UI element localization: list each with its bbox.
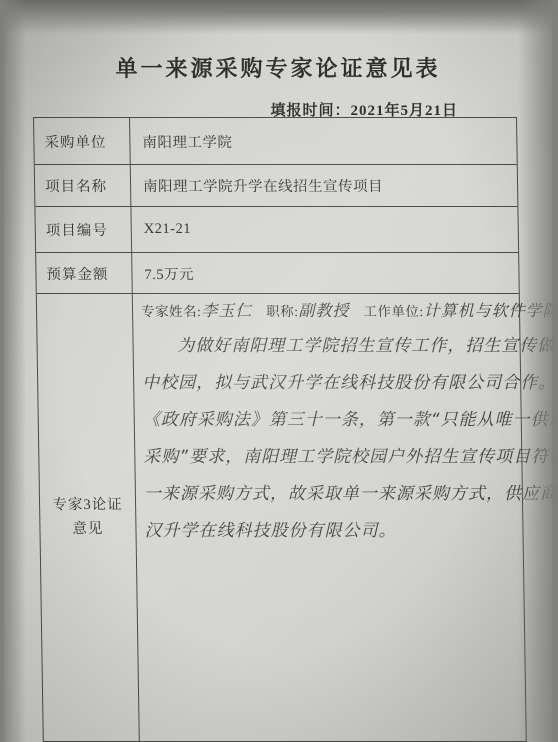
row-label-project-number: 项目编号 [35, 207, 132, 252]
row-value-project-name: 南阳理工学院升学在线招生宣传项目 [131, 165, 518, 206]
opinion-line: 汉升学在线科技股份有限公司。 [144, 513, 558, 550]
opinion-line: 采购”要求，南阳理工学院校园户外招生宣传项目符合单 [143, 439, 558, 476]
opinion-line: 为做好南阳理工学院招生宣传工作，招生宣传做到高 [141, 328, 558, 365]
photographed-document: { "doc": { "title": "单一来源采购专家论证意见表", "fi… [0, 0, 558, 742]
expert-identity-line: 专家姓名:李玉仁 职称:副教授 工作单位:计算机与软件学院 [141, 298, 558, 321]
row-label-purchasing-unit: 采购单位 [34, 118, 131, 164]
page-title: 单一来源采购专家论证意见表 [4, 52, 552, 83]
table-row: 采购单位 南阳理工学院 [34, 118, 517, 164]
expert-unit-label: 工作单位: [363, 304, 424, 319]
table-row: 预算金额 7.5万元 [36, 252, 519, 293]
row-label-project-name: 项目名称 [35, 165, 132, 206]
opinion-form-table: 采购单位 南阳理工学院 项目名称 南阳理工学院升学在线招生宣传项目 项目编号 X… [33, 117, 527, 742]
expert-unit-handwritten: 计算机与软件学院 [423, 301, 558, 320]
expert-title-handwritten: 副教授 [298, 301, 349, 320]
table-row: 项目编号 X21-21 [35, 206, 518, 252]
row-value-project-number: X21-21 [131, 207, 518, 252]
row-label-expert3-opinion: 专家3论证意见 [37, 294, 140, 741]
expert-name-label: 专家姓名: [141, 304, 202, 319]
table-row-expert-opinion: 专家3论证意见 专家姓名:李玉仁 职称:副教授 工作单位:计算机与软件学院 为做… [37, 293, 526, 741]
opinion-handwritten-text: 为做好南阳理工学院招生宣传工作，招生宣传做到高 中校园，拟与武汉升学在线科技股份… [141, 328, 558, 550]
row-value-purchasing-unit: 南阳理工学院 [130, 118, 517, 164]
expert-name-handwritten: 李玉仁 [201, 301, 252, 320]
paper-page: 单一来源采购专家论证意见表 填报时间：2021年5月21日 采购单位 南阳理工学… [4, 8, 552, 742]
opinion-line: 中校园，拟与武汉升学在线科技股份有限公司合作。根据 [142, 365, 558, 402]
expert-title-label: 职称: [266, 304, 299, 319]
row-label-budget-amount: 预算金额 [36, 253, 133, 293]
opinion-line: 一来源采购方式，故采取单一来源采购方式，供应商为武 [144, 476, 558, 513]
row-value-expert3-opinion: 专家姓名:李玉仁 职称:副教授 工作单位:计算机与软件学院 为做好南阳理工学院招… [133, 294, 558, 741]
table-row: 项目名称 南阳理工学院升学在线招生宣传项目 [35, 164, 518, 206]
opinion-line: 《政府采购法》第三十一条，第一款“只能从唯一供应商处 [142, 402, 558, 439]
row-value-budget-amount: 7.5万元 [132, 253, 519, 293]
